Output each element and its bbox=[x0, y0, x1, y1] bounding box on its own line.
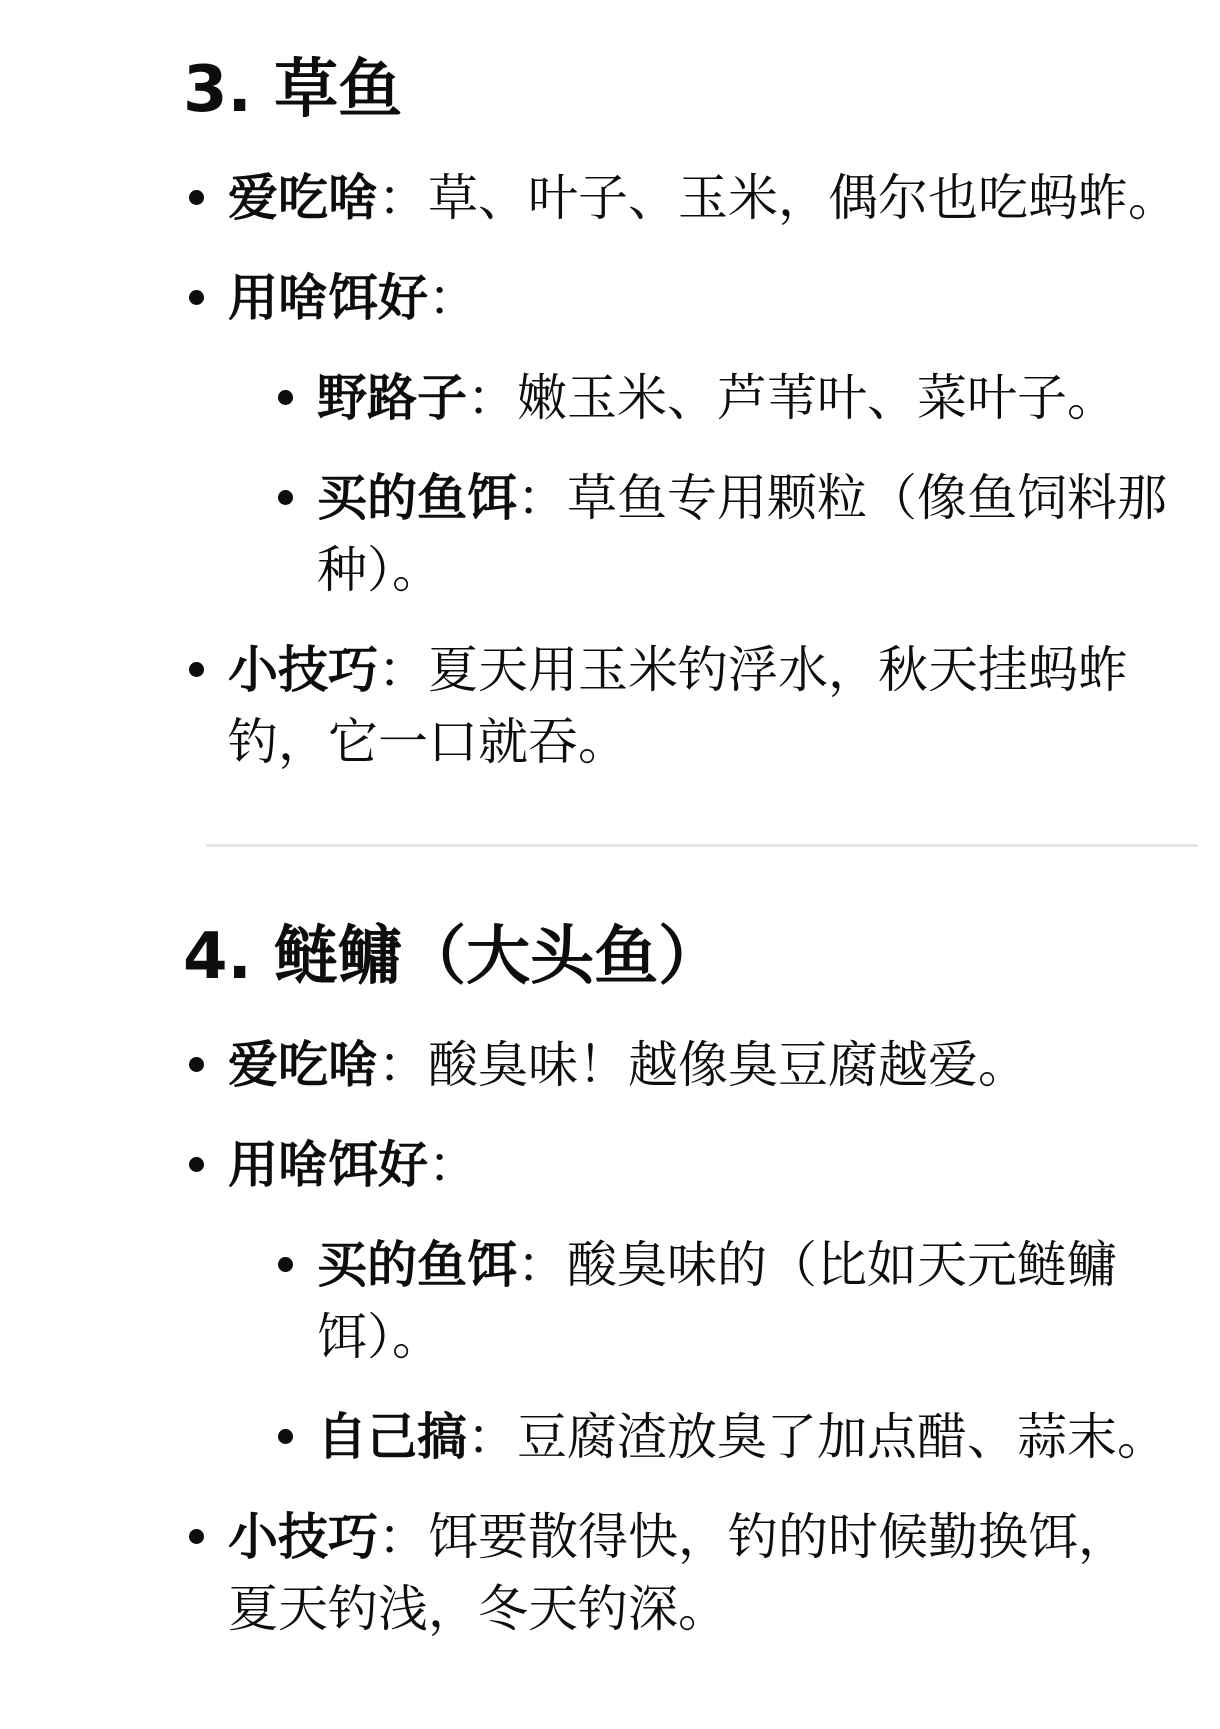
item-text: ：草、叶子、玉米，偶尔也吃蚂蚱。 bbox=[378, 169, 1178, 227]
bullet-list: 爱吃啥：草、叶子、玉米，偶尔也吃蚂蚱。 用啥饵好： 野路子：嫩玉米、芦苇叶、菜叶… bbox=[183, 162, 1220, 778]
list-item: 自己搞：豆腐渣放臭了加点醋、蒜末。 bbox=[272, 1401, 1220, 1473]
bullet-icon bbox=[189, 662, 204, 677]
bullet-icon bbox=[189, 1529, 204, 1544]
bullet-icon bbox=[189, 1057, 204, 1072]
list-item: 爱吃啥：酸臭味！越像臭豆腐越爱。 bbox=[183, 1029, 1220, 1101]
item-text: ：嫩玉米、芦苇叶、菜叶子。 bbox=[467, 369, 1117, 427]
item-lead: 爱吃啥 bbox=[228, 1036, 378, 1094]
item-lead: 买的鱼饵 bbox=[317, 469, 517, 527]
list-item: 买的鱼饵：草鱼专用颗粒（像鱼饲料那 种）。 bbox=[272, 462, 1220, 606]
bullet-list: 爱吃啥：酸臭味！越像臭豆腐越爱。 用啥饵好： 买的鱼饵：酸臭味的（比如天元鲢鳙 … bbox=[183, 1029, 1220, 1645]
list-item: 用啥饵好： 买的鱼饵：酸臭味的（比如天元鲢鳙 饵）。 自己搞：豆腐渣放臭了加点醋… bbox=[183, 1129, 1220, 1473]
section-grass-carp: 3. 草鱼 爱吃啥：草、叶子、玉米，偶尔也吃蚂蚱。 用啥饵好： 野路子：嫩玉米、… bbox=[183, 50, 1220, 778]
list-item: 用啥饵好： 野路子：嫩玉米、芦苇叶、菜叶子。 买的鱼饵：草鱼专用颗粒（像鱼饲料那… bbox=[183, 262, 1220, 606]
bullet-icon bbox=[278, 1257, 293, 1272]
list-item: 买的鱼饵：酸臭味的（比如天元鲢鳙 饵）。 bbox=[272, 1229, 1220, 1373]
item-lead: 自己搞 bbox=[317, 1408, 467, 1466]
item-text: ：豆腐渣放臭了加点醋、蒜末。 bbox=[467, 1408, 1167, 1466]
bullet-icon bbox=[278, 390, 293, 405]
item-lead: 小技巧 bbox=[228, 1508, 378, 1566]
item-lead: 买的鱼饵 bbox=[317, 1236, 517, 1294]
section-heading: 4. 鲢鳙（大头鱼） bbox=[183, 917, 1220, 997]
item-text: ：酸臭味！越像臭豆腐越爱。 bbox=[378, 1036, 1028, 1094]
item-text: ： bbox=[428, 269, 478, 327]
list-item: 野路子：嫩玉米、芦苇叶、菜叶子。 bbox=[272, 362, 1220, 434]
section-bighead-carp: 4. 鲢鳙（大头鱼） 爱吃啥：酸臭味！越像臭豆腐越爱。 用啥饵好： 买的鱼饵：酸… bbox=[183, 917, 1220, 1645]
list-item: 爱吃啥：草、叶子、玉米，偶尔也吃蚂蚱。 bbox=[183, 162, 1220, 234]
bullet-icon bbox=[189, 290, 204, 305]
message-content: 3. 草鱼 爱吃啥：草、叶子、玉米，偶尔也吃蚂蚱。 用啥饵好： 野路子：嫩玉米、… bbox=[0, 0, 1220, 1645]
item-lead: 野路子 bbox=[317, 369, 467, 427]
item-text: ： bbox=[428, 1136, 478, 1194]
item-lead: 用啥饵好 bbox=[228, 269, 428, 327]
bullet-icon bbox=[278, 490, 293, 505]
bullet-icon bbox=[278, 1429, 293, 1444]
list-item: 小技巧：夏天用玉米钓浮水，秋天挂蚂蚱 钓，它一口就吞。 bbox=[183, 634, 1220, 778]
item-lead: 用啥饵好 bbox=[228, 1136, 428, 1194]
list-item: 小技巧：饵要散得快，钓的时候勤换饵， 夏天钓浅，冬天钓深。 bbox=[183, 1501, 1220, 1645]
item-lead: 小技巧 bbox=[228, 641, 378, 699]
section-divider bbox=[206, 844, 1198, 847]
bullet-icon bbox=[189, 1157, 204, 1172]
nested-bullet-list: 野路子：嫩玉米、芦苇叶、菜叶子。 买的鱼饵：草鱼专用颗粒（像鱼饲料那 种）。 bbox=[272, 362, 1220, 606]
nested-bullet-list: 买的鱼饵：酸臭味的（比如天元鲢鳙 饵）。 自己搞：豆腐渣放臭了加点醋、蒜末。 bbox=[272, 1229, 1220, 1473]
section-heading: 3. 草鱼 bbox=[183, 50, 1220, 130]
bullet-icon bbox=[189, 190, 204, 205]
item-lead: 爱吃啥 bbox=[228, 169, 378, 227]
